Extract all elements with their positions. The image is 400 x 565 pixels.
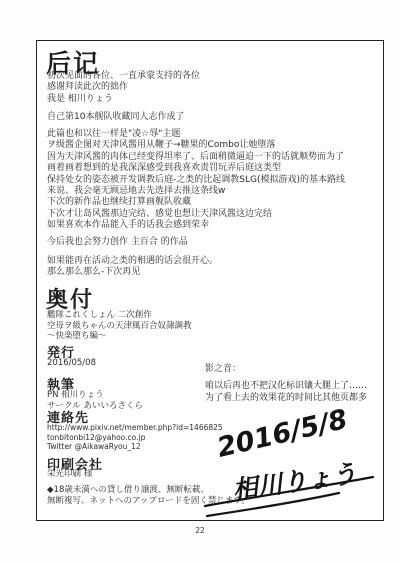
work-line: 空母ヲ級ちゃんの天津風百合奴隷調教	[47, 321, 192, 332]
translator-note-heading: 影之音：	[205, 363, 367, 375]
greeting-line: 我是 相川りょう	[47, 94, 200, 105]
future-block: 今后我也会努力创作 主百合 的作品	[47, 237, 188, 248]
publish-block: 2016/05/08	[47, 358, 96, 369]
milestone-block: 自己第10本舰队收藏同人志作成了	[47, 112, 184, 123]
printer-block: 栄光印刷 様	[47, 469, 92, 480]
translator-note-line: 咱以后再也不把汉化标识镶大腿上了……	[205, 380, 367, 392]
body-line: 来说、我会毫无顾忌地去先选择去推这条线w	[47, 186, 345, 197]
future-line: 今后我也会努力创作 主百合 的作品	[47, 237, 188, 248]
greeting-line: 感谢拜读此次的拙作	[47, 82, 200, 93]
body-line: 画着画着想到的是我深深感受到我喜欢责罚玩弄后庭这类型	[47, 163, 345, 174]
page-border-frame: 后记 初次见面的各位、一直承蒙支持的各位 感谢拜读此次的拙作 我是 相川りょう …	[36, 40, 384, 521]
work-line: 艦隊これくしょん 二次創作	[47, 310, 192, 321]
body-line: 保持处女的姿态被开发调教后庭-之类的比起调教SLG(模拟游戏)的基本路线	[47, 175, 345, 186]
printer-name: 栄光印刷 様	[47, 469, 92, 480]
scanned-page: 后记 初次见面的各位、一直承蒙支持的各位 感谢拜读此次的拙作 我是 相川りょう …	[0, 0, 400, 565]
closing-block: 如果能再在活动之类的相遇的话会很开心。 那么那么那么-下次再见	[47, 256, 218, 279]
milestone-line: 自己第10本舰队收藏同人志作成了	[47, 112, 184, 123]
afterword-body-block: 此篇也和以往一样是"凌☆辱"主题 ヲ级酱企图对天津风酱用从鞭子→糖果的Combo…	[47, 129, 345, 232]
publish-date: 2016/05/08	[47, 358, 96, 369]
signature-date-text: 2016/5/8	[214, 404, 350, 464]
body-line: ヲ级酱企图对天津风酱用从鞭子→糖果的Combo让她堕落	[47, 140, 345, 151]
greeting-line: 初次见面的各位、一直承蒙支持的各位	[47, 71, 200, 82]
body-line: 下次才让岛风酱那边完结、感觉也想让天津风酱这边完结	[47, 209, 345, 220]
body-line: 此篇也和以往一样是"凌☆辱"主题	[47, 129, 345, 140]
page-number: 22	[0, 526, 400, 535]
body-line: 下次的新作品也继续打算画舰队收藏	[47, 197, 345, 208]
pen-name: PN 相川りょう	[47, 390, 143, 401]
greeting-block: 初次见面的各位、一直承蒙支持的各位 感谢拜读此次的拙作 我是 相川りょう	[47, 71, 200, 105]
closing-line: 如果能再在活动之类的相遇的话会很开心。	[47, 256, 218, 267]
handwritten-signature: 2016/5/8 相川りょう	[175, 393, 387, 525]
work-line: ～快楽堕ち編～	[47, 331, 192, 342]
work-title-block: 艦隊これくしょん 二次創作 空母ヲ級ちゃんの天津風百合奴隷調教 ～快楽堕ち編～	[47, 310, 192, 342]
body-line: 因为天津风酱的肉体已经变得坦率了、后面稍微逼迫一下的话就顺势而为了	[47, 152, 345, 163]
closing-line: 那么那么那么-下次再见	[47, 267, 218, 278]
body-line: 如果喜欢本作品能入手的话我会感到荣幸	[47, 220, 345, 231]
